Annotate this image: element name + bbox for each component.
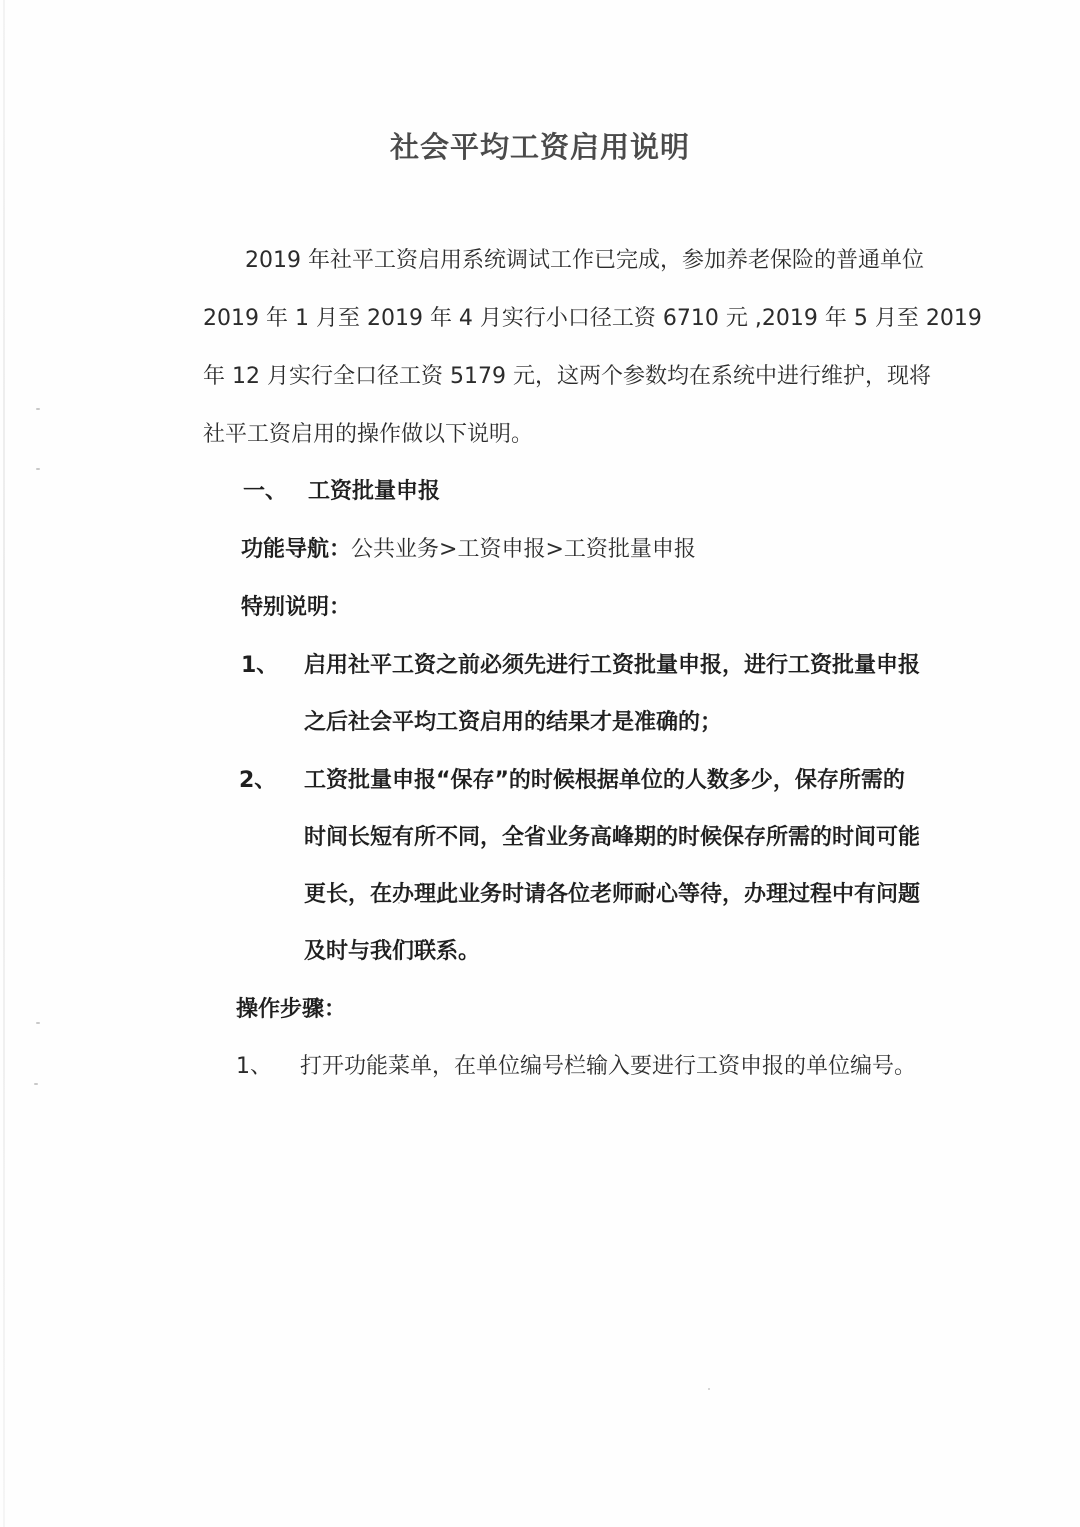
steps-label: 操作步骤： [236,995,346,1025]
intro-line-2: 2019 年 1 月至 2019 年 4 月实行小口径工资 6710 元 ,20… [203,304,909,334]
intro-line-1: 2019 年社平工资启用系统调试工作已完成，参加养老保险的普通单位 [245,246,909,276]
note-1-line-2: 之后社会平均工资启用的结果才是准确的； [304,708,722,738]
note-2-line-1: 工资批量申报“保存”的时候根据单位的人数多少，保存所需的 [304,766,904,796]
note-1-line-1: 启用社平工资之前必须先进行工资批量申报，进行工资批量申报 [304,651,904,681]
scan-speck [36,468,40,470]
step-1-text: 打开功能菜单，在单位编号栏输入要进行工资申报的单位编号。 [300,1052,916,1082]
step-1-number: 1、 [236,1052,272,1082]
intro-line-4: 社平工资启用的操作做以下说明。 [203,420,533,450]
note-1-number: 1、 [241,651,278,681]
function-navigation: 功能导航：公共业务>工资申报>工资批量申报 [241,535,696,565]
scan-speck [36,1022,40,1024]
document-title: 社会平均工资启用说明 [0,125,1080,166]
intro-line-3: 年 12 月实行全口径工资 5179 元，这两个参数均在系统中进行维护，现将 [203,362,909,392]
scanned-page: 社会平均工资启用说明 2019 年社平工资启用系统调试工作已完成，参加养老保险的… [0,0,1080,1527]
note-2-line-3: 更长，在办理此业务时请各位老师耐心等待，办理过程中有问题 [304,880,904,910]
section-number: 一、 [243,477,287,507]
scan-edge-shadow [3,0,5,1527]
note-2-line-2: 时间长短有所不同，全省业务高峰期的时候保存所需的时间可能 [304,823,904,853]
note-2-number: 2、 [239,766,276,796]
special-notes-label: 特别说明： [241,593,351,623]
nav-path: 公共业务>工资申报>工资批量申报 [351,537,696,562]
scan-speck [34,1083,38,1085]
note-2-line-4: 及时与我们联系。 [304,937,480,967]
scan-speck [36,408,40,410]
section-heading: 工资批量申报 [308,477,440,507]
scan-speck [708,1388,710,1390]
nav-label: 功能导航： [241,537,351,562]
